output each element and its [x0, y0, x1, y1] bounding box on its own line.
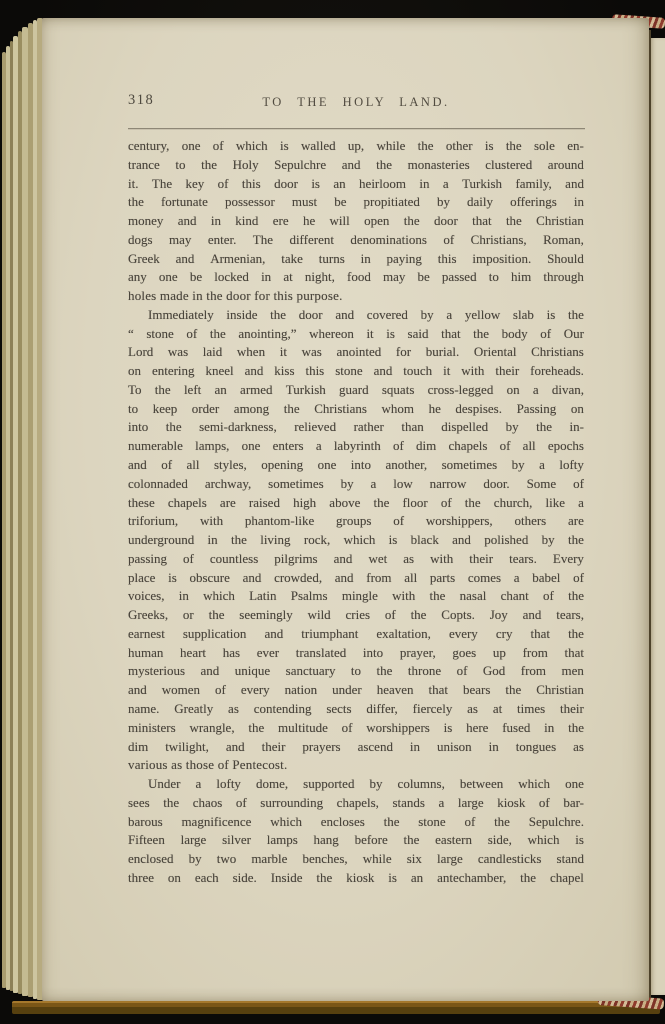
- word: passed: [442, 268, 477, 287]
- word: cross-legged: [428, 381, 494, 400]
- text-line: andofallstyles,openingoneintoanother,som…: [128, 456, 584, 475]
- word: which: [518, 775, 550, 794]
- word: is: [388, 869, 397, 888]
- word: ministers: [128, 719, 176, 738]
- text-line: moneyandinkinderehewillopenthedoorthatth…: [128, 212, 584, 231]
- word: the: [284, 400, 300, 419]
- word: stone: [418, 813, 445, 832]
- word: the: [377, 662, 393, 681]
- word: mingle: [342, 587, 378, 606]
- word: Immediately: [148, 306, 214, 325]
- word: the: [494, 813, 510, 832]
- word: and: [245, 362, 264, 381]
- word: into: [363, 644, 383, 663]
- word: Joy: [490, 606, 508, 625]
- word: large: [437, 850, 463, 869]
- word: place: [128, 569, 155, 588]
- word: styles,: [214, 456, 247, 475]
- word: enclosed: [128, 850, 173, 869]
- word: epochs: [548, 437, 584, 456]
- word: is: [389, 531, 398, 550]
- word: in: [211, 212, 221, 231]
- word: in: [419, 175, 429, 194]
- word: tears.: [509, 550, 537, 569]
- word: the: [373, 494, 389, 513]
- word: are: [220, 494, 236, 513]
- word: before: [355, 831, 388, 850]
- word: which: [203, 587, 235, 606]
- word: passing: [128, 550, 167, 569]
- word: by: [506, 418, 519, 437]
- word: of: [218, 175, 229, 194]
- word: be: [190, 268, 202, 287]
- word: babel: [532, 569, 560, 588]
- word: others: [514, 512, 546, 531]
- word: Under: [148, 775, 181, 794]
- text-line: andwomenofeverynationunderheaventhatbear…: [128, 681, 584, 700]
- word: men: [561, 662, 583, 681]
- word: be: [334, 193, 346, 212]
- word: while: [363, 850, 392, 869]
- word: with: [461, 362, 484, 381]
- word: supported: [303, 775, 354, 794]
- word: countless: [210, 550, 258, 569]
- word: opening: [261, 456, 303, 475]
- word: that: [441, 325, 461, 344]
- word: fiercely: [413, 700, 453, 719]
- word: living: [260, 531, 290, 550]
- word: dim: [128, 738, 148, 757]
- word: the: [505, 681, 521, 700]
- word: cries: [346, 606, 371, 625]
- word: Roman,: [543, 231, 584, 250]
- word: in: [574, 193, 584, 212]
- text-line: trancetotheHolySepulchreandthemonasterie…: [128, 156, 584, 175]
- word: Christian: [536, 681, 584, 700]
- word: a: [371, 475, 377, 494]
- word: the: [418, 137, 434, 156]
- word: Christians: [314, 400, 367, 419]
- word: of: [539, 794, 550, 813]
- word: from: [366, 569, 391, 588]
- word: ever: [257, 644, 279, 663]
- book-page: 318 TO THE HOLY LAND. century,oneofwhich…: [42, 18, 649, 1001]
- word: a: [446, 306, 452, 325]
- word: a: [443, 175, 449, 194]
- word: The: [152, 175, 172, 194]
- word: at: [493, 700, 502, 719]
- word: heaven: [377, 681, 414, 700]
- word: up: [493, 644, 506, 663]
- word: lofty: [559, 456, 584, 475]
- word: as: [467, 700, 478, 719]
- word: left: [184, 381, 201, 400]
- text-line: ministerswrangle,themultitudeofworshippe…: [128, 719, 584, 738]
- word: take: [281, 250, 303, 269]
- word: two: [217, 850, 237, 869]
- word: tears,: [556, 606, 584, 625]
- word: body: [502, 325, 528, 344]
- word: was: [168, 343, 188, 362]
- word: clustered: [485, 156, 532, 175]
- word: other: [446, 137, 473, 156]
- word: Some: [527, 475, 557, 494]
- word: Copts.: [441, 606, 475, 625]
- word: exaltation,: [376, 625, 431, 644]
- word: kiosk: [346, 869, 374, 888]
- word: To: [128, 381, 142, 400]
- word: sometimes: [442, 456, 498, 475]
- word: Every: [553, 550, 584, 569]
- word: benches,: [303, 850, 348, 869]
- word: order: [192, 400, 219, 419]
- word: the: [411, 606, 427, 625]
- word: eastern: [435, 831, 472, 850]
- word: inside: [226, 306, 257, 325]
- word: this: [438, 250, 457, 269]
- word: raised: [249, 494, 280, 513]
- word: silver: [222, 831, 251, 850]
- word: of: [573, 475, 584, 494]
- word: while: [376, 137, 405, 156]
- word: Sepulchre.: [529, 813, 584, 832]
- word: into: [128, 418, 148, 437]
- word: stone: [146, 325, 173, 344]
- word: lamps: [267, 831, 298, 850]
- word: ascend: [358, 738, 393, 757]
- word: marble: [251, 850, 287, 869]
- word: the: [568, 306, 584, 325]
- word: and: [335, 569, 354, 588]
- text-line: GreekandArmenian,taketurnsinpayingthisim…: [128, 250, 584, 269]
- word: different: [289, 231, 334, 250]
- word: which: [344, 531, 376, 550]
- word: Armenian,: [210, 250, 265, 269]
- word: stands: [392, 794, 425, 813]
- word: human: [128, 644, 163, 663]
- word: by: [341, 475, 354, 494]
- text-line: barousmagnificencewhichenclosesthestoneo…: [128, 813, 584, 832]
- word: entering: [152, 362, 195, 381]
- word: stand: [557, 850, 584, 869]
- word: imposition.: [472, 250, 531, 269]
- text-line: thesechapelsareraisedhighabovethefloorof…: [128, 494, 584, 513]
- word: on: [168, 869, 181, 888]
- word: goes: [452, 644, 476, 663]
- text-line: name.Greatlyascontendingsectsdiffer,fier…: [128, 700, 584, 719]
- word: Latin: [249, 587, 276, 606]
- word: Sepulchre: [274, 156, 326, 175]
- word: church,: [494, 494, 533, 513]
- word: and: [334, 550, 353, 569]
- word: twilight,: [165, 738, 209, 757]
- word: and: [342, 156, 361, 175]
- word: sects: [326, 700, 351, 719]
- word: enters: [273, 437, 304, 456]
- cover-edge: [12, 1001, 660, 1014]
- word: and: [176, 250, 195, 269]
- word: throne: [408, 662, 441, 681]
- word: monasteries: [408, 156, 470, 175]
- word: from: [523, 644, 548, 663]
- word: it: [366, 325, 373, 344]
- word: in: [261, 268, 271, 287]
- word: stone: [335, 362, 362, 381]
- word: Oriental: [474, 343, 517, 362]
- word: and: [201, 662, 220, 681]
- word: the: [201, 156, 217, 175]
- word: an: [215, 381, 227, 400]
- word: on: [507, 381, 520, 400]
- word: is: [386, 325, 395, 344]
- word: one: [159, 268, 178, 287]
- word: here: [466, 719, 488, 738]
- word: all: [404, 569, 417, 588]
- word: a: [514, 569, 520, 588]
- word: and: [128, 456, 147, 475]
- word: of: [457, 662, 468, 681]
- word: Turkish: [286, 381, 326, 400]
- word: dispelled: [441, 418, 488, 437]
- word: one: [318, 456, 337, 475]
- text-line: various as those of Pentecost.: [128, 756, 584, 775]
- word: chapel: [550, 869, 584, 888]
- text-line: tokeeporderamongtheChristianswhomhedespi…: [128, 400, 584, 419]
- word: comes: [468, 569, 501, 588]
- word: around: [548, 156, 584, 175]
- word: wild: [308, 606, 331, 625]
- word: crowded,: [274, 569, 322, 588]
- word: door: [434, 212, 458, 231]
- text-line: intothesemi-darkness,relievedratherthand…: [128, 418, 584, 437]
- word: and: [565, 175, 584, 194]
- word: is: [485, 137, 494, 156]
- word: door: [274, 175, 298, 194]
- word: propitiated: [364, 193, 420, 212]
- word: relieved: [294, 418, 336, 437]
- word: at: [283, 268, 292, 287]
- text-line: seesthechaosofsurroundingchapels,standsa…: [128, 794, 584, 813]
- word: heirloom: [359, 175, 406, 194]
- word: by: [542, 531, 555, 550]
- word: possessor: [225, 193, 275, 212]
- word: labyrinth: [334, 437, 381, 456]
- word: unique: [235, 662, 270, 681]
- word: of: [183, 550, 194, 569]
- word: are: [568, 512, 584, 531]
- word: translated: [296, 644, 347, 663]
- word: the: [430, 587, 446, 606]
- word: colonnaded: [128, 475, 188, 494]
- word: anointed: [336, 343, 381, 362]
- word: pilgrims: [274, 550, 317, 569]
- word: women: [162, 681, 200, 700]
- word: anointing,”: [238, 325, 296, 344]
- word: sanctuary: [286, 662, 336, 681]
- word: large: [458, 794, 484, 813]
- word: one: [182, 137, 201, 156]
- word: their: [469, 550, 493, 569]
- word: of: [342, 719, 353, 738]
- word: which: [236, 137, 268, 156]
- word: despises.: [455, 400, 502, 419]
- word: dim: [416, 437, 436, 456]
- text-line: it.ThekeyofthisdoorisanheirloominaTurkis…: [128, 175, 584, 194]
- word: times: [517, 700, 545, 719]
- word: in: [361, 250, 371, 269]
- word: wet: [368, 550, 387, 569]
- word: from: [521, 662, 546, 681]
- word: the: [536, 418, 552, 437]
- word: any: [128, 268, 147, 287]
- word: of: [186, 325, 197, 344]
- text-line: century,oneofwhichiswalledup,whiletheoth…: [128, 137, 584, 156]
- word: of: [573, 569, 584, 588]
- word: of: [393, 437, 404, 456]
- word: semi-darkness,: [199, 418, 277, 437]
- word: the: [316, 869, 332, 888]
- word: Christians: [531, 343, 584, 362]
- word: was: [302, 343, 322, 362]
- word: side.: [233, 869, 257, 888]
- word: is: [280, 137, 289, 156]
- word: a: [196, 775, 202, 794]
- word: of: [213, 137, 224, 156]
- word: wrangle,: [189, 719, 234, 738]
- text-line: Immediatelyinsidethedoorandcoveredbyayel…: [128, 306, 584, 325]
- word: tongues: [516, 738, 556, 757]
- word: in-: [570, 418, 584, 437]
- word: Our: [564, 325, 584, 344]
- word: and: [374, 362, 393, 381]
- word: key: [185, 175, 204, 194]
- word: in: [544, 719, 554, 738]
- text-line: holes made in the door for this purpose.: [128, 287, 584, 306]
- word: “: [128, 325, 134, 344]
- word: may: [169, 231, 191, 250]
- header-rule: [128, 128, 585, 129]
- word: prayers: [302, 738, 340, 757]
- word: hang: [314, 831, 339, 850]
- word: dogs: [128, 231, 153, 250]
- word: triforium,: [128, 512, 178, 531]
- word: fused: [502, 719, 530, 738]
- word: by: [512, 456, 525, 475]
- word: as: [403, 550, 414, 569]
- word: it.: [128, 175, 138, 194]
- word: whom: [382, 400, 415, 419]
- word: underground: [128, 531, 194, 550]
- word: nation: [285, 681, 318, 700]
- word: to: [128, 400, 138, 419]
- word: of: [161, 456, 172, 475]
- word: to: [489, 268, 499, 287]
- word: Fifteen: [128, 831, 165, 850]
- word: prayer,: [400, 644, 436, 663]
- text-line: Lordwaslaidwhenitwasanointedforburial.Or…: [128, 343, 584, 362]
- word: may: [383, 268, 405, 287]
- text-line: TotheleftanarmedTurkishguardsquatscross-…: [128, 381, 584, 400]
- word: Holy: [233, 156, 259, 175]
- word: en-: [567, 137, 584, 156]
- word: Greeks,: [128, 606, 168, 625]
- word: their: [262, 738, 286, 757]
- word: touch: [403, 362, 432, 381]
- word: all: [523, 437, 536, 456]
- word: and: [264, 625, 283, 644]
- word: with: [430, 550, 453, 569]
- word: contending: [254, 700, 312, 719]
- word: of: [443, 231, 454, 250]
- word: when: [237, 343, 265, 362]
- word: black: [411, 531, 439, 550]
- word: a: [539, 456, 545, 475]
- word: The: [253, 231, 273, 250]
- word: on: [571, 400, 584, 419]
- word: heart: [180, 644, 206, 663]
- word: the: [568, 625, 584, 644]
- word: their: [495, 362, 519, 381]
- word: antechamber,: [437, 869, 506, 888]
- word: high: [293, 494, 316, 513]
- word: lofty: [216, 775, 241, 794]
- word: kiosk: [497, 794, 525, 813]
- text-line: thefortunatepossessormustbepropitiatedby…: [128, 193, 584, 212]
- word: above: [329, 494, 360, 513]
- word: God: [483, 662, 505, 681]
- word: chapels,: [337, 794, 379, 813]
- word: century,: [128, 137, 169, 156]
- word: is: [575, 831, 584, 850]
- word: the: [473, 325, 489, 344]
- word: bears: [463, 681, 490, 700]
- word: is: [547, 306, 556, 325]
- word: another,: [385, 456, 427, 475]
- word: for: [396, 343, 411, 362]
- text-line: Fifteenlargesilverlampshangbeforetheeast…: [128, 831, 584, 850]
- word: mysterious: [128, 662, 185, 681]
- word: denominations: [350, 231, 427, 250]
- word: their: [560, 700, 584, 719]
- word: between: [460, 775, 503, 794]
- word: seemingly: [239, 606, 292, 625]
- word: burial.: [426, 343, 460, 362]
- word: and: [243, 569, 262, 588]
- word: large: [181, 831, 207, 850]
- word: the: [465, 494, 481, 513]
- word: trance: [128, 156, 160, 175]
- word: of: [236, 794, 247, 813]
- word: an: [411, 869, 423, 888]
- word: armed: [240, 381, 272, 400]
- word: kind: [235, 212, 258, 231]
- body-text: century,oneofwhichiswalledup,whiletheoth…: [128, 137, 584, 888]
- word: it: [443, 362, 450, 381]
- word: a: [533, 381, 539, 400]
- word: and: [226, 738, 245, 757]
- text-line: dogsmayenter.Thedifferentdenominationsof…: [128, 231, 584, 250]
- word: low: [393, 475, 413, 494]
- word: said: [408, 325, 429, 344]
- word: rock,: [304, 531, 330, 550]
- word: than: [401, 418, 423, 437]
- word: triumphant: [301, 625, 358, 644]
- word: each: [195, 869, 219, 888]
- word: an: [333, 175, 345, 194]
- word: rather: [354, 418, 384, 437]
- word: floor: [402, 494, 427, 513]
- word: chapels: [168, 494, 207, 513]
